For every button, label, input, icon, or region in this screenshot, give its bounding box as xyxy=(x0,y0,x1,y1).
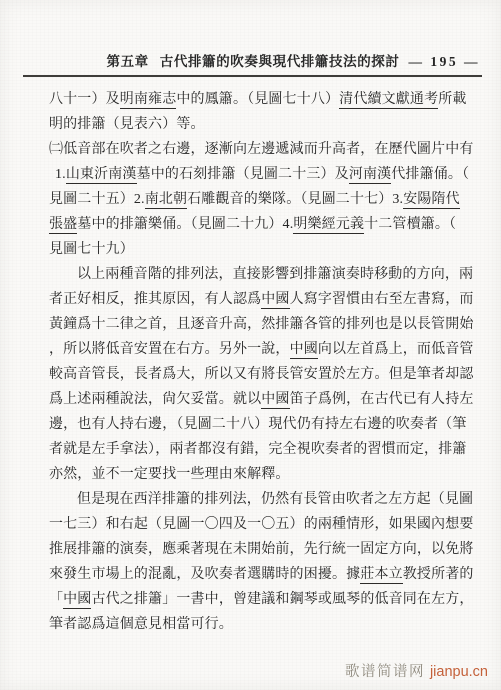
text-line: 筆者認爲這個意見相當可行。 xyxy=(49,612,474,637)
proper-noun-underlined: 中國 xyxy=(261,392,289,409)
proper-noun-underlined: 安陽隋代 xyxy=(403,192,460,209)
text-segment: 所載 xyxy=(438,92,466,107)
text-line: 者正好相反，推其原因，有人認爲中國人寫字習慣由右至左書寫，而 xyxy=(49,287,474,312)
text-segment: ，所以將低音安置在右方。另外一說， xyxy=(49,342,290,357)
text-segment: 「 xyxy=(49,592,63,607)
text-line: 推展排簫的演奏，應乘著現在未開始前，先行統一固定方向，以免將 xyxy=(49,537,474,562)
text-segment: 明的排簫（見表六）等。 xyxy=(49,117,205,132)
text-line: 以上兩種音階的排列法，直接影響到排簫演奏時移動的方向，兩 xyxy=(49,262,474,287)
text-segment: 筆者認爲這個意見相當可行。 xyxy=(49,617,233,632)
text-segment: 者就是左手拿法），兩者都沒有錯，完全視吹奏者的習慣而定，排簫 xyxy=(49,442,467,457)
text-segment: 代排簫俑。（ xyxy=(391,167,469,182)
text-segment: 墓中的排簫樂俑。（見圖二十九）4. xyxy=(77,217,293,232)
text-line: 一七三）和右起（見圖一〇四及一〇五）的兩種情形，如果國內想要 xyxy=(49,512,474,537)
proper-noun-underlined: 明樂經元義 xyxy=(293,217,364,234)
text-segment: 爲上述兩種說法，尙欠妥當。就以 xyxy=(49,392,261,407)
text-segment: 笛子爲例，在古代已有人持左 xyxy=(290,392,474,407)
proper-noun-underlined: 南北朝 xyxy=(145,192,187,209)
watermark-site-url: jianpu.cn xyxy=(430,664,488,680)
text-line: ㈡低音部在吹者之右邊，逐漸向左邊遞減而升高者，在歷代圖片中有 xyxy=(49,137,474,162)
proper-noun-underlined: 中國 xyxy=(63,592,91,609)
text-line: 黃鐘爲十二律之首，且逐音升高，然排簫各管的排列也是以長管開始 xyxy=(49,312,474,337)
proper-noun-underlined: 張盛 xyxy=(49,217,77,234)
text-segment: 以上兩種音階的排列法，直接影響到排簫演奏時移動的方向，兩 xyxy=(77,267,473,282)
proper-noun-underlined: 山東沂南漢 xyxy=(66,167,137,184)
chapter-label: 第五章 xyxy=(106,54,148,69)
text-segment: 黃鐘爲十二律之首，且逐音升高，然排簫各管的排列也是以長管開始 xyxy=(49,317,474,332)
text-segment: 者正好相反，推其原因，有人認爲 xyxy=(49,292,261,307)
watermark-site-name: 歌谱简谱网 xyxy=(345,664,425,680)
text-segment: 教授所著的 xyxy=(403,567,474,582)
text-segment: 推展排簫的演奏，應乘著現在未開始前，先行統一固定方向，以免將 xyxy=(49,542,474,557)
proper-noun-underlined: 河南漢 xyxy=(349,167,391,184)
text-line: 1.山東沂南漢墓中的石刻排簫（見圖二十三）及河南漢代排簫俑。（ xyxy=(49,162,474,187)
text-segment: 中的鳳簫。（見圖七十八） xyxy=(176,92,339,107)
text-segment: ㈡低音部在吹者之右邊，逐漸向左邊遞減而升高者，在歷代圖片中有 xyxy=(49,142,474,157)
text-line: 見圖七十九） xyxy=(49,237,474,262)
text-line: 爲上述兩種說法，尙欠妥當。就以中國笛子爲例，在古代已有人持左 xyxy=(49,387,474,412)
text-line: 亦然，並不一定要找一些理由來解釋。 xyxy=(49,462,474,487)
text-line: 見圖二十五）2.南北朝石雕觀音的樂隊。（見圖二十七）3.安陽隋代 xyxy=(49,187,474,212)
text-line: 八十一）及明南雍志中的鳳簫。（見圖七十八）清代續文獻通考所載 xyxy=(49,87,474,112)
text-segment: 八十一）及 xyxy=(49,92,120,107)
text-segment: 來發生市場上的混亂，及吹奏者選購時的困擾。據 xyxy=(49,567,360,582)
header-divider-rule xyxy=(23,75,482,77)
text-line: 較高音管長，長者爲大，所以又有將長管安置於左方。但是筆者却認 xyxy=(49,362,474,387)
text-segment: 較高音管長，長者爲大，所以又有將長管安置於左方。但是筆者却認 xyxy=(49,367,474,382)
text-line: 張盛墓中的排簫樂俑。（見圖二十九）4.明樂經元義十二管櫝簫。（ xyxy=(49,212,474,237)
proper-noun-underlined: 莊本立 xyxy=(360,567,402,584)
text-segment: 邊，也有人持右邊，（見圖二十八）現代仍有持左右邊的吹奏者（筆 xyxy=(49,417,467,432)
page-header: 第五章古代排簫的吹奏與現代排簫技法的探討— 195 — xyxy=(20,50,480,70)
text-segment: 見圖七十九） xyxy=(49,242,134,257)
proper-noun-underlined: 明南雍志 xyxy=(120,92,177,109)
proper-noun-underlined: 中國 xyxy=(290,342,318,359)
text-segment: 十二管櫝簫。（ xyxy=(364,217,456,232)
text-segment: 見圖二十五）2. xyxy=(49,192,145,207)
text-segment: 向以左首爲上，而低音管 xyxy=(318,342,474,357)
text-line: 但是現在西洋排簫的排列法，仍然有長管由吹者之左方起（見圖 xyxy=(49,487,474,512)
scanned-book-page: 第五章古代排簫的吹奏與現代排簫技法的探討— 195 — 八十一）及明南雍志中的鳳… xyxy=(0,0,501,690)
text-line: 來發生市場上的混亂，及吹奏者選購時的困擾。據莊本立教授所著的 xyxy=(49,562,474,587)
chapter-title: 古代排簫的吹奏與現代排簫技法的探討 xyxy=(160,54,400,69)
text-line: 明的排簫（見表六）等。 xyxy=(49,112,474,137)
proper-noun-underlined: 中國 xyxy=(261,292,289,309)
proper-noun-underlined: 清代續文獻通考 xyxy=(339,92,438,109)
text-line: 邊，也有人持右邊，（見圖二十八）現代仍有持左右邊的吹奏者（筆 xyxy=(49,412,474,437)
watermark: 歌谱简谱网jianpu.cn xyxy=(345,660,488,681)
text-segment: 石雕觀音的樂隊。（見圖二十七）3. xyxy=(187,192,403,207)
text-line: 「中國古代之排簫」一書中，曾建議和鋼琴或風琴的低音同在左方， xyxy=(49,587,474,612)
page-number: — 195 — xyxy=(409,54,481,69)
text-line: ，所以將低音安置在右方。另外一說，中國向以左首爲上，而低音管 xyxy=(49,337,474,362)
text-segment: 1. xyxy=(55,167,66,182)
text-segment: 墓中的石刻排簫（見圖二十三）及 xyxy=(137,167,349,182)
text-segment: 人寫字習慣由右至左書寫，而 xyxy=(290,292,474,307)
text-segment: 古代之排簫」一書中，曾建議和鋼琴或風琴的低音同在左方， xyxy=(91,592,473,607)
text-segment: 亦然，並不一定要找一些理由來解釋。 xyxy=(49,467,290,482)
page-body-text: 八十一）及明南雍志中的鳳簫。（見圖七十八）清代續文獻通考所載明的排簫（見表六）等… xyxy=(49,87,474,637)
text-segment: 但是現在西洋排簫的排列法，仍然有長管由吹者之左方起（見圖 xyxy=(77,492,473,507)
text-line: 者就是左手拿法），兩者都沒有錯，完全視吹奏者的習慣而定，排簫 xyxy=(49,437,474,462)
text-segment: 一七三）和右起（見圖一〇四及一〇五）的兩種情形，如果國內想要 xyxy=(49,517,474,532)
